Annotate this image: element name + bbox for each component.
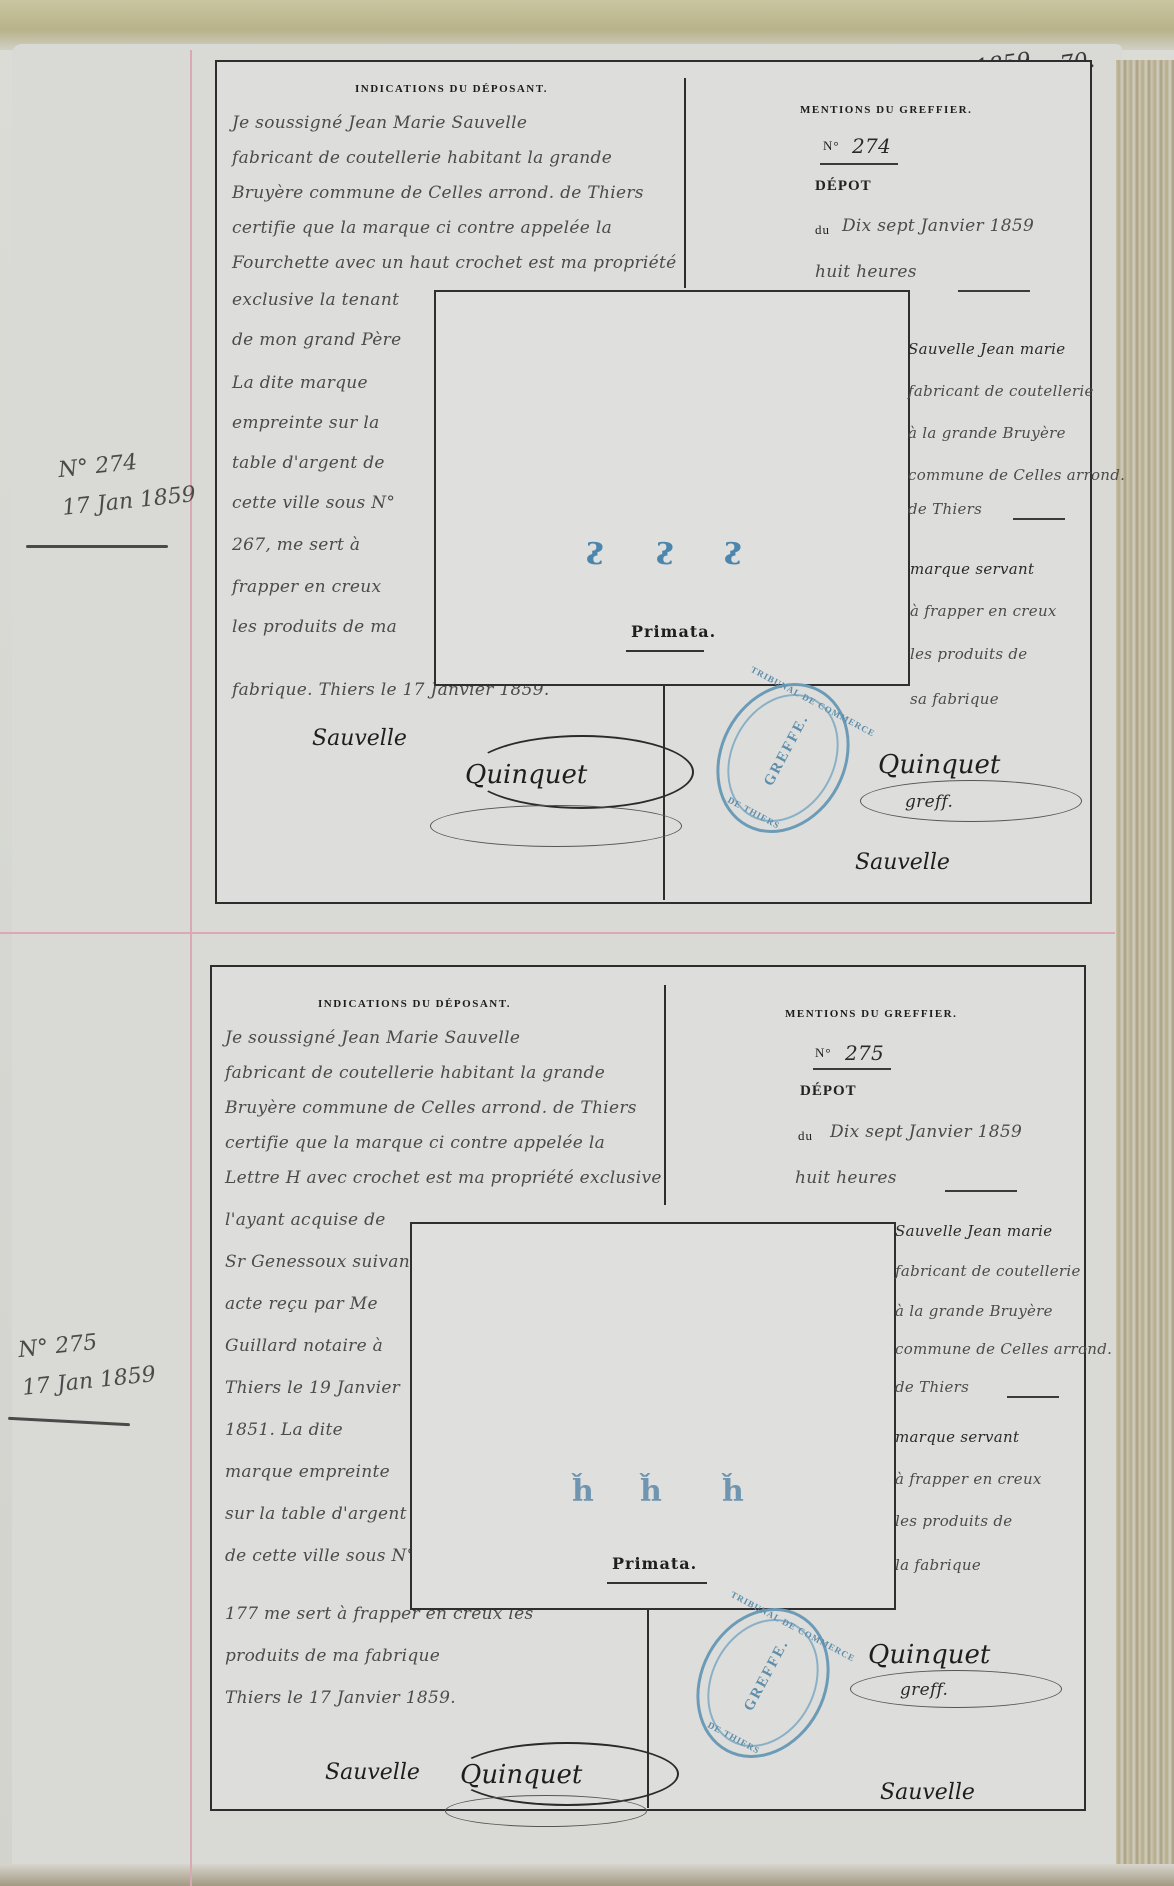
book-bottom-edge	[0, 1864, 1174, 1886]
deposant-heading: INDICATIONS DU DÉPOSANT.	[318, 998, 511, 1010]
deposant-line: exclusive la tenant	[232, 290, 399, 310]
deposant-line: de mon grand Père	[232, 330, 401, 350]
deposant-line: Bruyère commune de Celles arrond. de Thi…	[232, 183, 644, 203]
deposant-line: Je soussigné Jean Marie Sauvelle	[225, 1028, 520, 1048]
du-label: du	[815, 222, 830, 238]
signature-flourish	[430, 805, 682, 847]
deposant-line: 267, me sert à	[232, 535, 360, 555]
depot-label: DÉPOT	[815, 178, 872, 195]
margin-line-vertical	[190, 50, 192, 1886]
deposant-line: La dite marque	[232, 373, 368, 393]
deposit-hour: huit heures	[815, 262, 917, 282]
mark-line: sa fabrique	[910, 690, 999, 708]
deposant-line: empreinte sur la	[232, 413, 380, 433]
deposant-line: Fourchette avec un haut crochet est ma p…	[232, 253, 677, 273]
deposant-heading: INDICATIONS DU DÉPOSANT.	[355, 83, 548, 95]
mark-line: les produits de	[910, 645, 1027, 663]
deposant-line: certifie que la marque ci contre appelée…	[232, 218, 612, 238]
owner-line: commune de Celles arrond.	[908, 466, 1125, 484]
owner-line: fabricant de coutellerie	[895, 1262, 1081, 1280]
owner-line: commune de Celles arrond.	[895, 1340, 1112, 1358]
mark-line: à frapper en creux	[895, 1470, 1042, 1488]
signature-flourish	[445, 1795, 647, 1827]
book-background-top	[0, 0, 1174, 50]
deposant-line: de cette ville sous N°	[225, 1546, 415, 1566]
deposant-line: Thiers le 19 Janvier	[225, 1378, 400, 1398]
deposant-signature: Sauvelle	[312, 726, 407, 751]
clerk-signature: Quinquet	[878, 750, 1000, 780]
deposant-line: fabricant de coutellerie habitant la gra…	[232, 148, 612, 168]
hour-rule	[945, 1190, 1017, 1192]
deposant-line: Thiers le 17 Janvier 1859.	[225, 1688, 456, 1708]
column-divider-top	[664, 985, 666, 1205]
deposant-countersignature: Sauvelle	[855, 850, 950, 875]
clerk-signature: Quinquet	[868, 1640, 990, 1670]
column-divider-top	[684, 78, 686, 288]
mark-name: Primata.	[612, 1554, 697, 1573]
mark-imprint-box: ᴤ ᴤ ᴤ Primata.	[434, 290, 910, 686]
deposant-signature: Sauvelle	[325, 1760, 420, 1785]
mark-line: la fabrique	[895, 1556, 981, 1574]
deposant-line: cette ville sous N°	[232, 493, 395, 513]
deposant-line: les produits de ma	[232, 617, 397, 637]
owner-line: à la grande Bruyère	[908, 424, 1066, 442]
registration-number: 275	[845, 1041, 884, 1065]
mark-imprint-box: ȟ ȟ ȟ Primata.	[410, 1222, 896, 1610]
number-underline	[820, 163, 898, 165]
deposant-line: marque empreinte	[225, 1462, 390, 1482]
deposant-line: table d'argent de	[232, 453, 385, 473]
mark-name: Primata.	[631, 622, 716, 641]
deposant-line: sur la table d'argent	[225, 1504, 407, 1524]
mark-line: les produits de	[895, 1512, 1012, 1530]
deposant-line: Je soussigné Jean Marie Sauvelle	[232, 113, 527, 133]
deposant-line: frapper en creux	[232, 577, 381, 597]
deposant-line: fabricant de coutellerie habitant la gra…	[225, 1063, 605, 1083]
registration-number: 274	[852, 134, 891, 158]
owner-rule	[1007, 1396, 1059, 1398]
owner-rule	[1013, 518, 1065, 520]
mark-line: à frapper en creux	[910, 602, 1057, 620]
deposit-date: Dix sept Janvier 1859	[842, 216, 1034, 236]
du-label: du	[798, 1128, 813, 1144]
owner-line: de Thiers	[908, 500, 982, 518]
hour-rule	[958, 290, 1030, 292]
mark-line: marque servant	[910, 560, 1034, 578]
mark-name-underline	[607, 1582, 707, 1584]
signature-flourish	[470, 735, 694, 809]
greffier-heading: MENTIONS DU GREFFIER.	[785, 1008, 957, 1020]
margin-rule	[26, 545, 168, 548]
margin-line-horizontal	[0, 932, 1115, 934]
no-label: N°	[823, 138, 840, 154]
owner-line: Sauvelle Jean marie	[908, 340, 1065, 358]
book-page-edges	[1116, 60, 1174, 1886]
number-underline	[813, 1068, 891, 1070]
deposant-line: Guillard notaire à	[225, 1336, 383, 1356]
greffier-heading: MENTIONS DU GREFFIER.	[800, 104, 972, 116]
no-label: N°	[815, 1045, 832, 1061]
mark-glyph: ȟ	[572, 1474, 594, 1509]
deposant-line: l'ayant acquise de	[225, 1210, 386, 1230]
margin-note-275: N° 275 17 Jan 1859	[16, 1318, 157, 1408]
deposant-line: Lettre H avec crochet est ma propriété e…	[225, 1168, 662, 1188]
deposant-countersignature: Sauvelle	[880, 1780, 975, 1805]
deposant-line: acte reçu par Me	[225, 1294, 378, 1314]
deposant-line: Bruyère commune de Celles arrond. de Thi…	[225, 1098, 637, 1118]
mark-glyph: ᴤ	[586, 537, 604, 572]
deposant-line: certifie que la marque ci contre appelée…	[225, 1133, 605, 1153]
mark-line: marque servant	[895, 1428, 1019, 1446]
owner-line: fabricant de coutellerie	[908, 382, 1094, 400]
depot-label: DÉPOT	[800, 1083, 857, 1100]
mark-glyph: ȟ	[640, 1474, 662, 1509]
margin-note-274: N° 274 17 Jan 1859	[56, 438, 197, 528]
mark-glyph: ᴤ	[724, 537, 742, 572]
deposit-date: Dix sept Janvier 1859	[830, 1122, 1022, 1142]
owner-line: de Thiers	[895, 1378, 969, 1396]
mark-name-underline	[626, 650, 704, 652]
deposant-line: produits de ma fabrique	[225, 1646, 440, 1666]
mark-glyph: ȟ	[722, 1474, 744, 1509]
owner-line: à la grande Bruyère	[895, 1302, 1053, 1320]
signature-flourish	[860, 780, 1082, 822]
mark-glyph: ᴤ	[656, 537, 674, 572]
deposit-hour: huit heures	[795, 1168, 897, 1188]
owner-line: Sauvelle Jean marie	[895, 1222, 1052, 1240]
deposant-line: 1851. La dite	[225, 1420, 343, 1440]
deposant-line: Sr Genessoux suivant	[225, 1252, 417, 1272]
register-page: 1859 70. N° 274 17 Jan 1859 INDICATIONS …	[0, 0, 1174, 1886]
signature-flourish	[850, 1670, 1062, 1708]
